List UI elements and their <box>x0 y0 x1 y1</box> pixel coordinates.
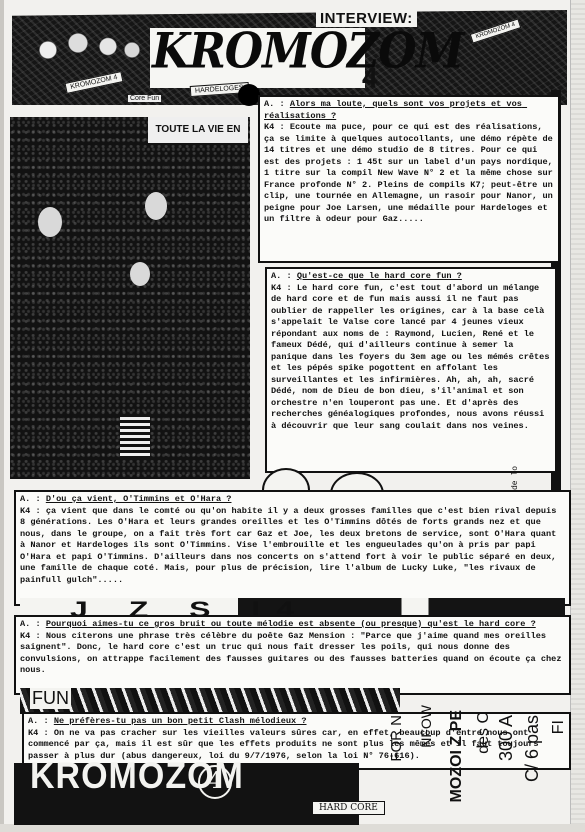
interview-qa-ohara-otimmins: A. : D'ou ça vient, O'Timmins et O'Hara … <box>14 490 571 606</box>
black-dot-decoration <box>238 84 260 106</box>
question-text: Qu'est-ce que le hard core fun ? <box>297 271 462 281</box>
collage-strip-illustration <box>20 688 400 714</box>
vertical-text-fi: FI <box>550 720 568 734</box>
question-text: Pourquoi aimes-tu ce gros bruit ou toute… <box>46 619 536 629</box>
paper-left-edge <box>0 0 4 832</box>
answer-text: ça vient que dans le comté ou qu'on habi… <box>20 506 562 585</box>
answer-prefix: K4 : <box>20 506 41 516</box>
answer-text: Ecoute ma puce, pour ce qui est des réal… <box>264 122 558 224</box>
zine-page: INTERVIEW: KROMOZOM 4 KROMOZOM 4 HARDELO… <box>0 0 585 832</box>
answer-text: Nous citerons une phrase très célèbre du… <box>20 631 567 676</box>
question-text: Alors ma loute, quels sont vos projets e… <box>264 99 527 121</box>
paper-bottom-edge <box>0 824 585 832</box>
vertical-text-300: 300 A <box>496 715 517 761</box>
footer-issue-number: 4 <box>198 765 232 799</box>
vertical-text-mozoi: MOZOI Z PE <box>448 710 466 802</box>
page-title: KROMOZOM <box>152 23 463 79</box>
question-prefix: A. : <box>271 271 292 281</box>
concert-photo: TOUTE LA VIE EN <box>10 117 250 479</box>
answer-prefix: K4 : <box>20 631 41 641</box>
question-text: D'ou ça vient, O'Timmins et O'Hara ? <box>46 494 232 504</box>
title-issue-number: 4 <box>362 62 378 94</box>
vertical-text-nfow: NFOW <box>418 705 434 748</box>
question-prefix: A. : <box>28 716 49 726</box>
question-prefix: A. : <box>20 619 41 629</box>
vertical-text-6-pas: C/ 6 pas <box>522 715 543 782</box>
photo-sign: TOUTE LA VIE EN <box>148 117 248 143</box>
fun-text: FUN <box>30 688 71 709</box>
question-prefix: A. : <box>20 494 41 504</box>
answer-prefix: K4 : <box>28 728 49 738</box>
vertical-text-des-c: des C <box>475 712 493 754</box>
vertical-text-for: FOR N <box>388 715 405 762</box>
answer-text: Le hard core fun, c'est tout d'abord un … <box>271 283 555 431</box>
core-fun-label: Core Fun <box>128 95 161 102</box>
answer-prefix: K4 : <box>264 122 285 132</box>
question-text: Ne préfères-tu pas un bon petit Clash mé… <box>54 716 307 726</box>
interview-qa-noise: A. : Pourquoi aimes-tu ce gros bruit ou … <box>14 615 571 695</box>
interview-qa-hardcore-fun: A. : Qu'est-ce que le hard core fun ?K4 … <box>265 267 557 473</box>
interview-qa-projects: A. : Alors ma loute, quels sont vos proj… <box>258 95 560 263</box>
answer-prefix: K4 : <box>271 283 292 293</box>
paper-right-edge <box>570 0 585 832</box>
hard-core-tag: HARD CORE <box>312 801 385 815</box>
question-prefix: A. : <box>264 99 285 109</box>
